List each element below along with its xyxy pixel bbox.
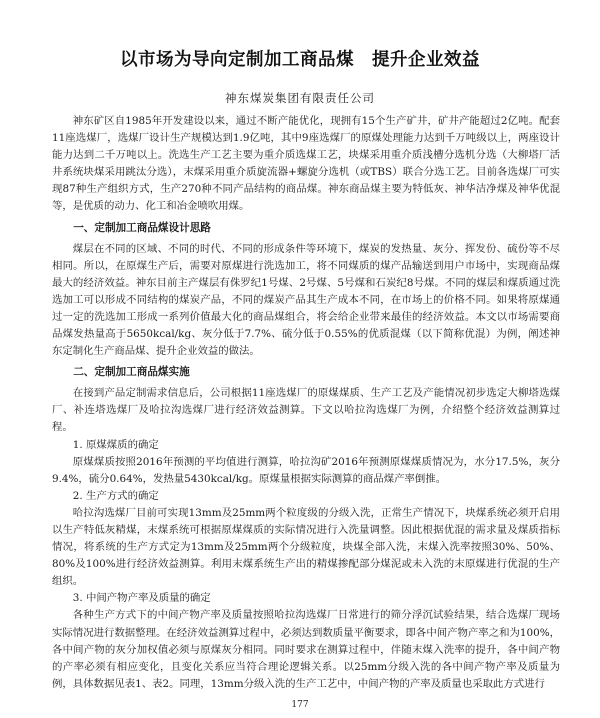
subsection-heading-2: 2. 生产方式的确定 — [52, 488, 560, 505]
subsection-3-paragraph: 各种生产方式下的中间产物产率及质量按照哈拉沟选煤厂日常进行的筛分浮沉试验结果，结… — [52, 607, 560, 692]
subsection-heading-3: 3. 中间产物产率及质量的确定 — [52, 590, 560, 607]
section-heading-1: 一、定制加工商品煤设计思路 — [52, 220, 560, 237]
section-1-paragraph: 煤层在不同的区域、不同的时代、不同的形成条件等环境下，煤炭的发热量、灰分、挥发份… — [52, 241, 560, 361]
author-affiliation: 神东煤炭集团有限责任公司 — [0, 90, 600, 106]
article-body: 神东矿区自1985年开发建设以来，通过不断产能优化，现拥有15个生产矿井，矿井产… — [52, 113, 560, 693]
page-title: 以市场为导向定制加工商品煤 提升企业效益 — [0, 46, 600, 71]
subsection-2-paragraph: 哈拉沟选煤厂目前可实现13mm及25mm两个粒度级的分级入洗，正常生产情况下，块… — [52, 505, 560, 590]
section-heading-2: 二、定制加工商品煤实施 — [52, 364, 560, 381]
document-page: 以市场为导向定制加工商品煤 提升企业效益 神东煤炭集团有限责任公司 神东矿区自1… — [0, 0, 600, 718]
section-2-paragraph: 在接到产品定制需求信息后，公司根据11座选煤厂的原煤煤质、生产工艺及产能情况初步… — [52, 385, 560, 436]
subsection-heading-1: 1. 原煤煤质的确定 — [52, 437, 560, 454]
subsection-1-paragraph: 原煤煤质按照2016年预测的平均值进行测算，哈拉沟矿2016年预测原煤煤质情况为… — [52, 454, 560, 488]
intro-paragraph: 神东矿区自1985年开发建设以来，通过不断产能优化，现拥有15个生产矿井，矿井产… — [52, 113, 560, 216]
page-number: 177 — [0, 700, 600, 710]
